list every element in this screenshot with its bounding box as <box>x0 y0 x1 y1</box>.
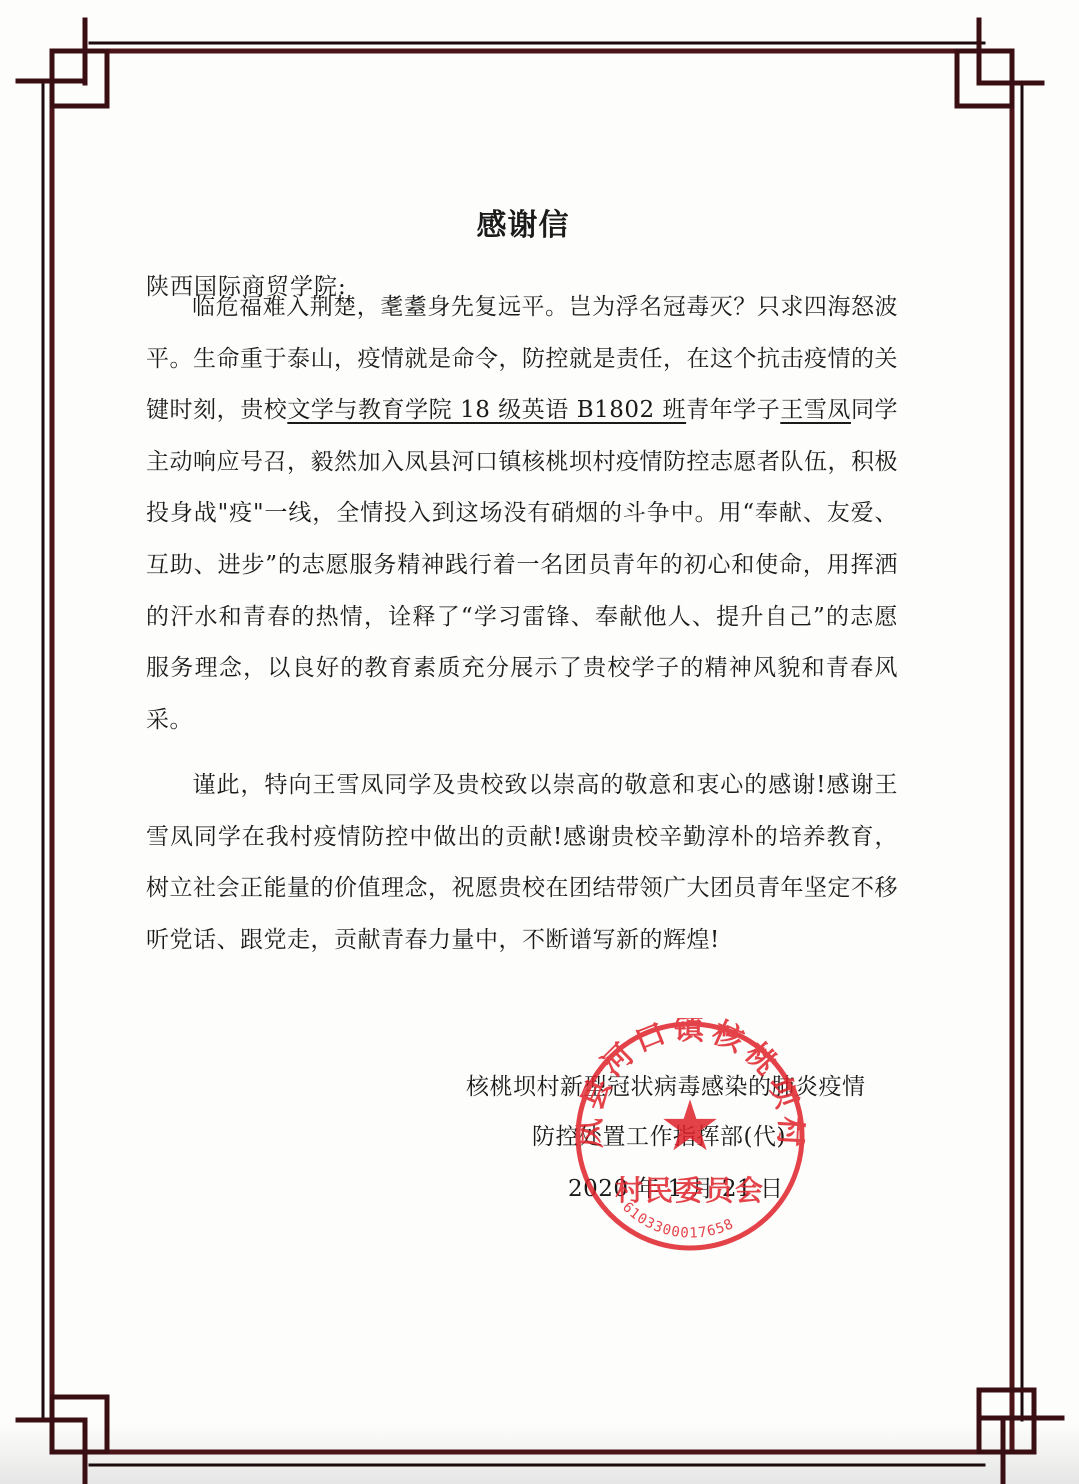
class-name-underlined: 文学与教育学院 18 级英语 B1802 班 <box>287 397 686 423</box>
paragraph-1: 临危福难入荆楚，耄耋身先复远平。岂为浮名冠毒灭？只求四海怒波平。生命重于泰山，疫… <box>146 282 898 746</box>
stamp-star-icon: ★ <box>659 1085 722 1167</box>
student-name-underlined: 王雪凤 <box>780 397 851 423</box>
paragraph-1-text-b: 青年学子 <box>686 397 780 423</box>
official-red-seal-icon: 凤县河口镇核桃坝村 ★ 村民委员会 6103300017658 <box>572 1018 808 1254</box>
paragraph-2: 谨此，特向王雪凤同学及贵校致以崇高的敬意和衷心的感谢!感谢王雪凤同学在我村疫情防… <box>146 760 898 966</box>
paragraph-2-text: 谨此，特向王雪凤同学及贵校致以崇高的敬意和衷心的感谢!感谢王雪凤同学在我村疫情防… <box>146 772 898 953</box>
paragraph-1-text-c: 同学主动响应号召，毅然加入凤县河口镇核桃坝村疫情防控志愿者队伍，积极投身战"疫"… <box>146 397 898 733</box>
letter-title: 感谢信 <box>146 200 900 244</box>
stamp-bottom-text: 村民委员会 <box>615 1174 765 1207</box>
